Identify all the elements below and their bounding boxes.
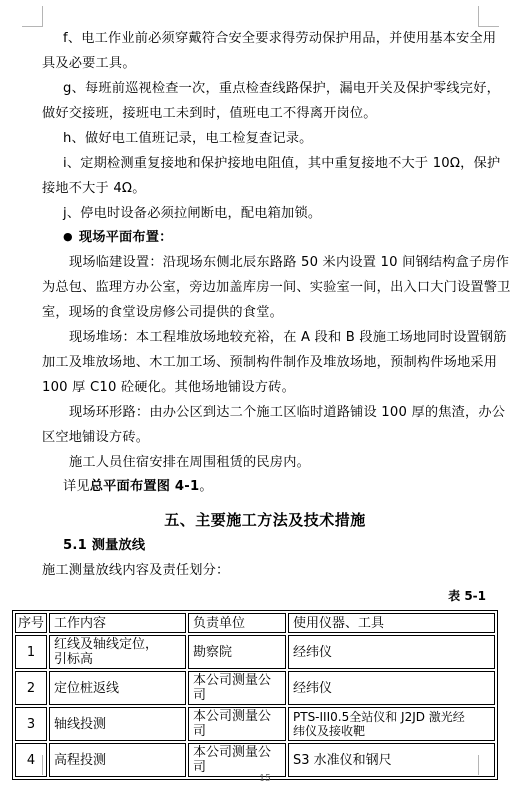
page-number: 15 xyxy=(0,774,530,784)
item-g-line1: g、每班前巡视检查一次，重点检查线路保护，漏电开关及保护零线完好， xyxy=(63,80,483,98)
section-title: 五、主要施工方法及技术措施 xyxy=(0,509,530,530)
bullet-heading-text: 现场平面布置： xyxy=(79,230,173,245)
cell-no: 2 xyxy=(15,671,47,705)
table-row: 2 定位桩返线 本公司测量公司 经纬仪 xyxy=(15,671,495,705)
cell-no: 3 xyxy=(15,707,47,741)
item-i-line1: i、定期检测重复接地和保护接地电阻值，其中重复接地不大于 10Ω，保护 xyxy=(63,155,483,173)
cell-content: 高程投测 xyxy=(49,743,186,777)
header-cell: 序号 xyxy=(15,613,47,633)
survey-table: 序号 工作内容 负责单位 使用仪器、工具 1 红线及轴线定位，引标高 勘察院 经… xyxy=(12,610,498,780)
cell-content: 红线及轴线定位，引标高 xyxy=(49,635,186,669)
cell-tools: 经纬仪 xyxy=(288,671,495,705)
cell-unit: 本公司测量公司 xyxy=(188,743,286,777)
temp-facility-line2: 为总包、监理方办公室，旁边加盖库房一间、实验室一间，出入口大门设置警卫 xyxy=(42,279,482,297)
table-row: 1 红线及轴线定位，引标高 勘察院 经纬仪 xyxy=(15,635,495,669)
cell-tools-line: PTS-III0.5全站仪和 J2JD 激光经 xyxy=(293,710,490,724)
cell-no: 4 xyxy=(15,743,47,777)
ring-road-line1: 现场环形路：由办公区到达二个施工区临时道路铺设 100 厚的焦渣，办公 xyxy=(69,404,483,422)
table-row: 3 轴线投测 本公司测量公司 PTS-III0.5全站仪和 J2JD 激光经纬仪… xyxy=(15,707,495,741)
temp-facility-line1: 现场临建设置：沿现场东侧北辰东路路 50 米内设置 10 间钢结构盒子房作 xyxy=(69,254,483,272)
item-j-line1: j、停电时设备必须拉闸断电，配电箱加锁。 xyxy=(63,205,483,223)
see-suffix: 。 xyxy=(199,479,212,494)
see-layout-line: 详见总平面布置图 4-1。 xyxy=(63,478,483,496)
cell-tools: S3 水准仪和钢尺 xyxy=(288,743,495,777)
crop-mark-top-left xyxy=(22,6,43,27)
table-header-row: 序号 工作内容 负责单位 使用仪器、工具 xyxy=(15,613,495,633)
item-i-line2: 接地不大于 4Ω。 xyxy=(42,180,482,198)
item-f-line2: 具及必要工具。 xyxy=(42,55,482,73)
item-h-line1: h、做好电工值班记录，电工检复查记录。 xyxy=(63,130,483,148)
cell-unit: 本公司测量公司 xyxy=(188,671,286,705)
table-caption: 表 5-1 xyxy=(448,587,486,604)
cell-content: 轴线投测 xyxy=(49,707,186,741)
cell-content: 定位桩返线 xyxy=(49,671,186,705)
header-cell: 使用仪器、工具 xyxy=(288,613,495,633)
cell-no: 1 xyxy=(15,635,47,669)
header-cell: 负责单位 xyxy=(188,613,286,633)
bullet-heading: ●现场平面布置： xyxy=(63,229,483,247)
cell-unit: 勘察院 xyxy=(188,635,286,669)
yard-line1: 现场堆场：本工程堆放场地较充裕，在 A 段和 B 段施工场地同时设置钢筋 xyxy=(69,329,483,347)
cell-unit: 本公司测量公司 xyxy=(188,707,286,741)
bullet-icon: ● xyxy=(63,230,73,243)
yard-line3: 100 厚 C10 砼硬化。其他场地铺设方砖。 xyxy=(42,379,482,397)
cell-tools-line: 纬仪及接收靶 xyxy=(293,724,490,738)
item-f-line1: f、电工作业前必须穿戴符合安全要求得劳动保护用品，并使用基本安全用 xyxy=(63,30,483,48)
ring-road-line2: 区空地铺设方砖。 xyxy=(42,429,482,447)
subsection-title: 5.1 测量放线 xyxy=(63,537,483,555)
cell-content-line: 引标高 xyxy=(54,652,181,667)
temp-facility-line3: 室，现场的食堂设房修公司提供的食堂。 xyxy=(42,304,482,322)
cell-content-line: 红线及轴线定位， xyxy=(54,637,181,652)
layout-figure-link: 总平面布置图 4-1 xyxy=(90,479,200,494)
dormitory-line: 施工人员住宿安排在周围租赁的民房内。 xyxy=(69,454,483,472)
cell-tools: 经纬仪 xyxy=(288,635,495,669)
yard-line2: 加工及堆放场地、木工加工场、预制构件制作及堆放场地，预制构件场地采用 xyxy=(42,354,482,372)
table-row: 4 高程投测 本公司测量公司 S3 水准仪和钢尺 xyxy=(15,743,495,777)
crop-mark-top-right xyxy=(478,6,499,27)
see-prefix: 详见 xyxy=(63,479,90,494)
item-g-line2: 做好交接班，接班电工未到时，值班电工不得离开岗位。 xyxy=(42,105,482,123)
section-intro: 施工测量放线内容及责任划分： xyxy=(42,562,482,580)
cell-tools: PTS-III0.5全站仪和 J2JD 激光经纬仪及接收靶 xyxy=(288,707,495,741)
header-cell: 工作内容 xyxy=(49,613,186,633)
